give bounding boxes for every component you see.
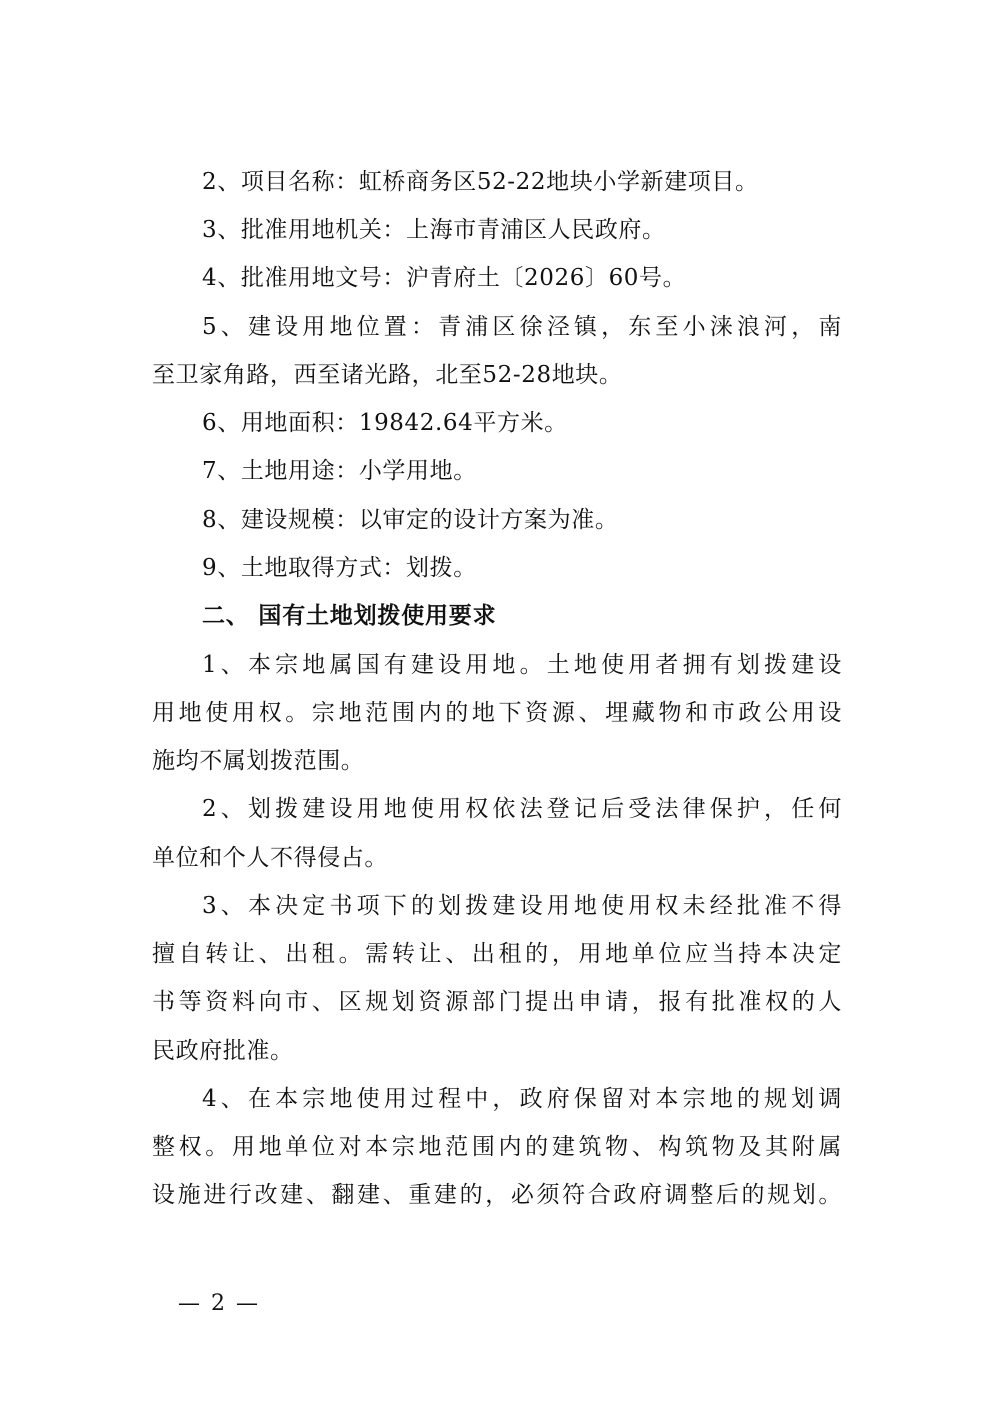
requirement-4-line-2: 整权。用地单位对本宗地范围内的建筑物、构筑物及其附属	[152, 1132, 842, 1162]
requirement-2-line-1: 2、划拨建设用地使用权依法登记后受法律保护，任何	[202, 794, 842, 824]
item-acquisition-method: 9、土地取得方式：划拨。	[202, 553, 842, 583]
requirement-3-line-2: 擅自转让、出租。需转让、出租的，用地单位应当持本决定	[152, 939, 842, 969]
page-number: — 2 —	[178, 1290, 260, 1318]
requirement-3-line-1: 3、本决定书项下的划拨建设用地使用权未经批准不得	[202, 891, 842, 921]
requirement-4-line-3: 设施进行改建、翻建、重建的，必须符合政府调整后的规划。	[152, 1180, 842, 1210]
requirement-3-line-4: 民政府批准。	[152, 1036, 842, 1066]
document-page: 2、项目名称：虹桥商务区52-22地块小学新建项目。 3、批准用地机关：上海市青…	[0, 0, 992, 1403]
requirement-4-line-1: 4、在本宗地使用过程中，政府保留对本宗地的规划调	[202, 1084, 842, 1114]
item-project-name: 2、项目名称：虹桥商务区52-22地块小学新建项目。	[202, 167, 842, 197]
item-location-line-2: 至卫家角路，西至诸光路，北至52-28地块。	[152, 360, 842, 390]
section-heading: 二、 国有土地划拨使用要求	[202, 601, 496, 631]
item-approving-authority: 3、批准用地机关：上海市青浦区人民政府。	[202, 215, 842, 245]
item-approval-number: 4、批准用地文号：沪青府土〔2026〕60号。	[202, 263, 842, 293]
item-land-use: 7、土地用途：小学用地。	[202, 456, 842, 486]
requirement-2-line-2: 单位和个人不得侵占。	[152, 843, 842, 873]
item-land-area: 6、用地面积：19842.64平方米。	[202, 408, 842, 438]
requirement-1-line-2: 用地使用权。宗地范围内的地下资源、埋藏物和市政公用设	[152, 698, 842, 728]
requirement-3-line-3: 书等资料向市、区规划资源部门提出申请，报有批准权的人	[152, 987, 842, 1017]
item-construction-scale: 8、建设规模：以审定的设计方案为准。	[202, 505, 842, 535]
requirement-1-line-3: 施均不属划拨范围。	[152, 746, 842, 776]
requirement-1-line-1: 1、本宗地属国有建设用地。土地使用者拥有划拨建设	[202, 650, 842, 680]
item-location-line-1: 5、建设用地位置：青浦区徐泾镇，东至小涞浪河，南	[202, 312, 842, 342]
